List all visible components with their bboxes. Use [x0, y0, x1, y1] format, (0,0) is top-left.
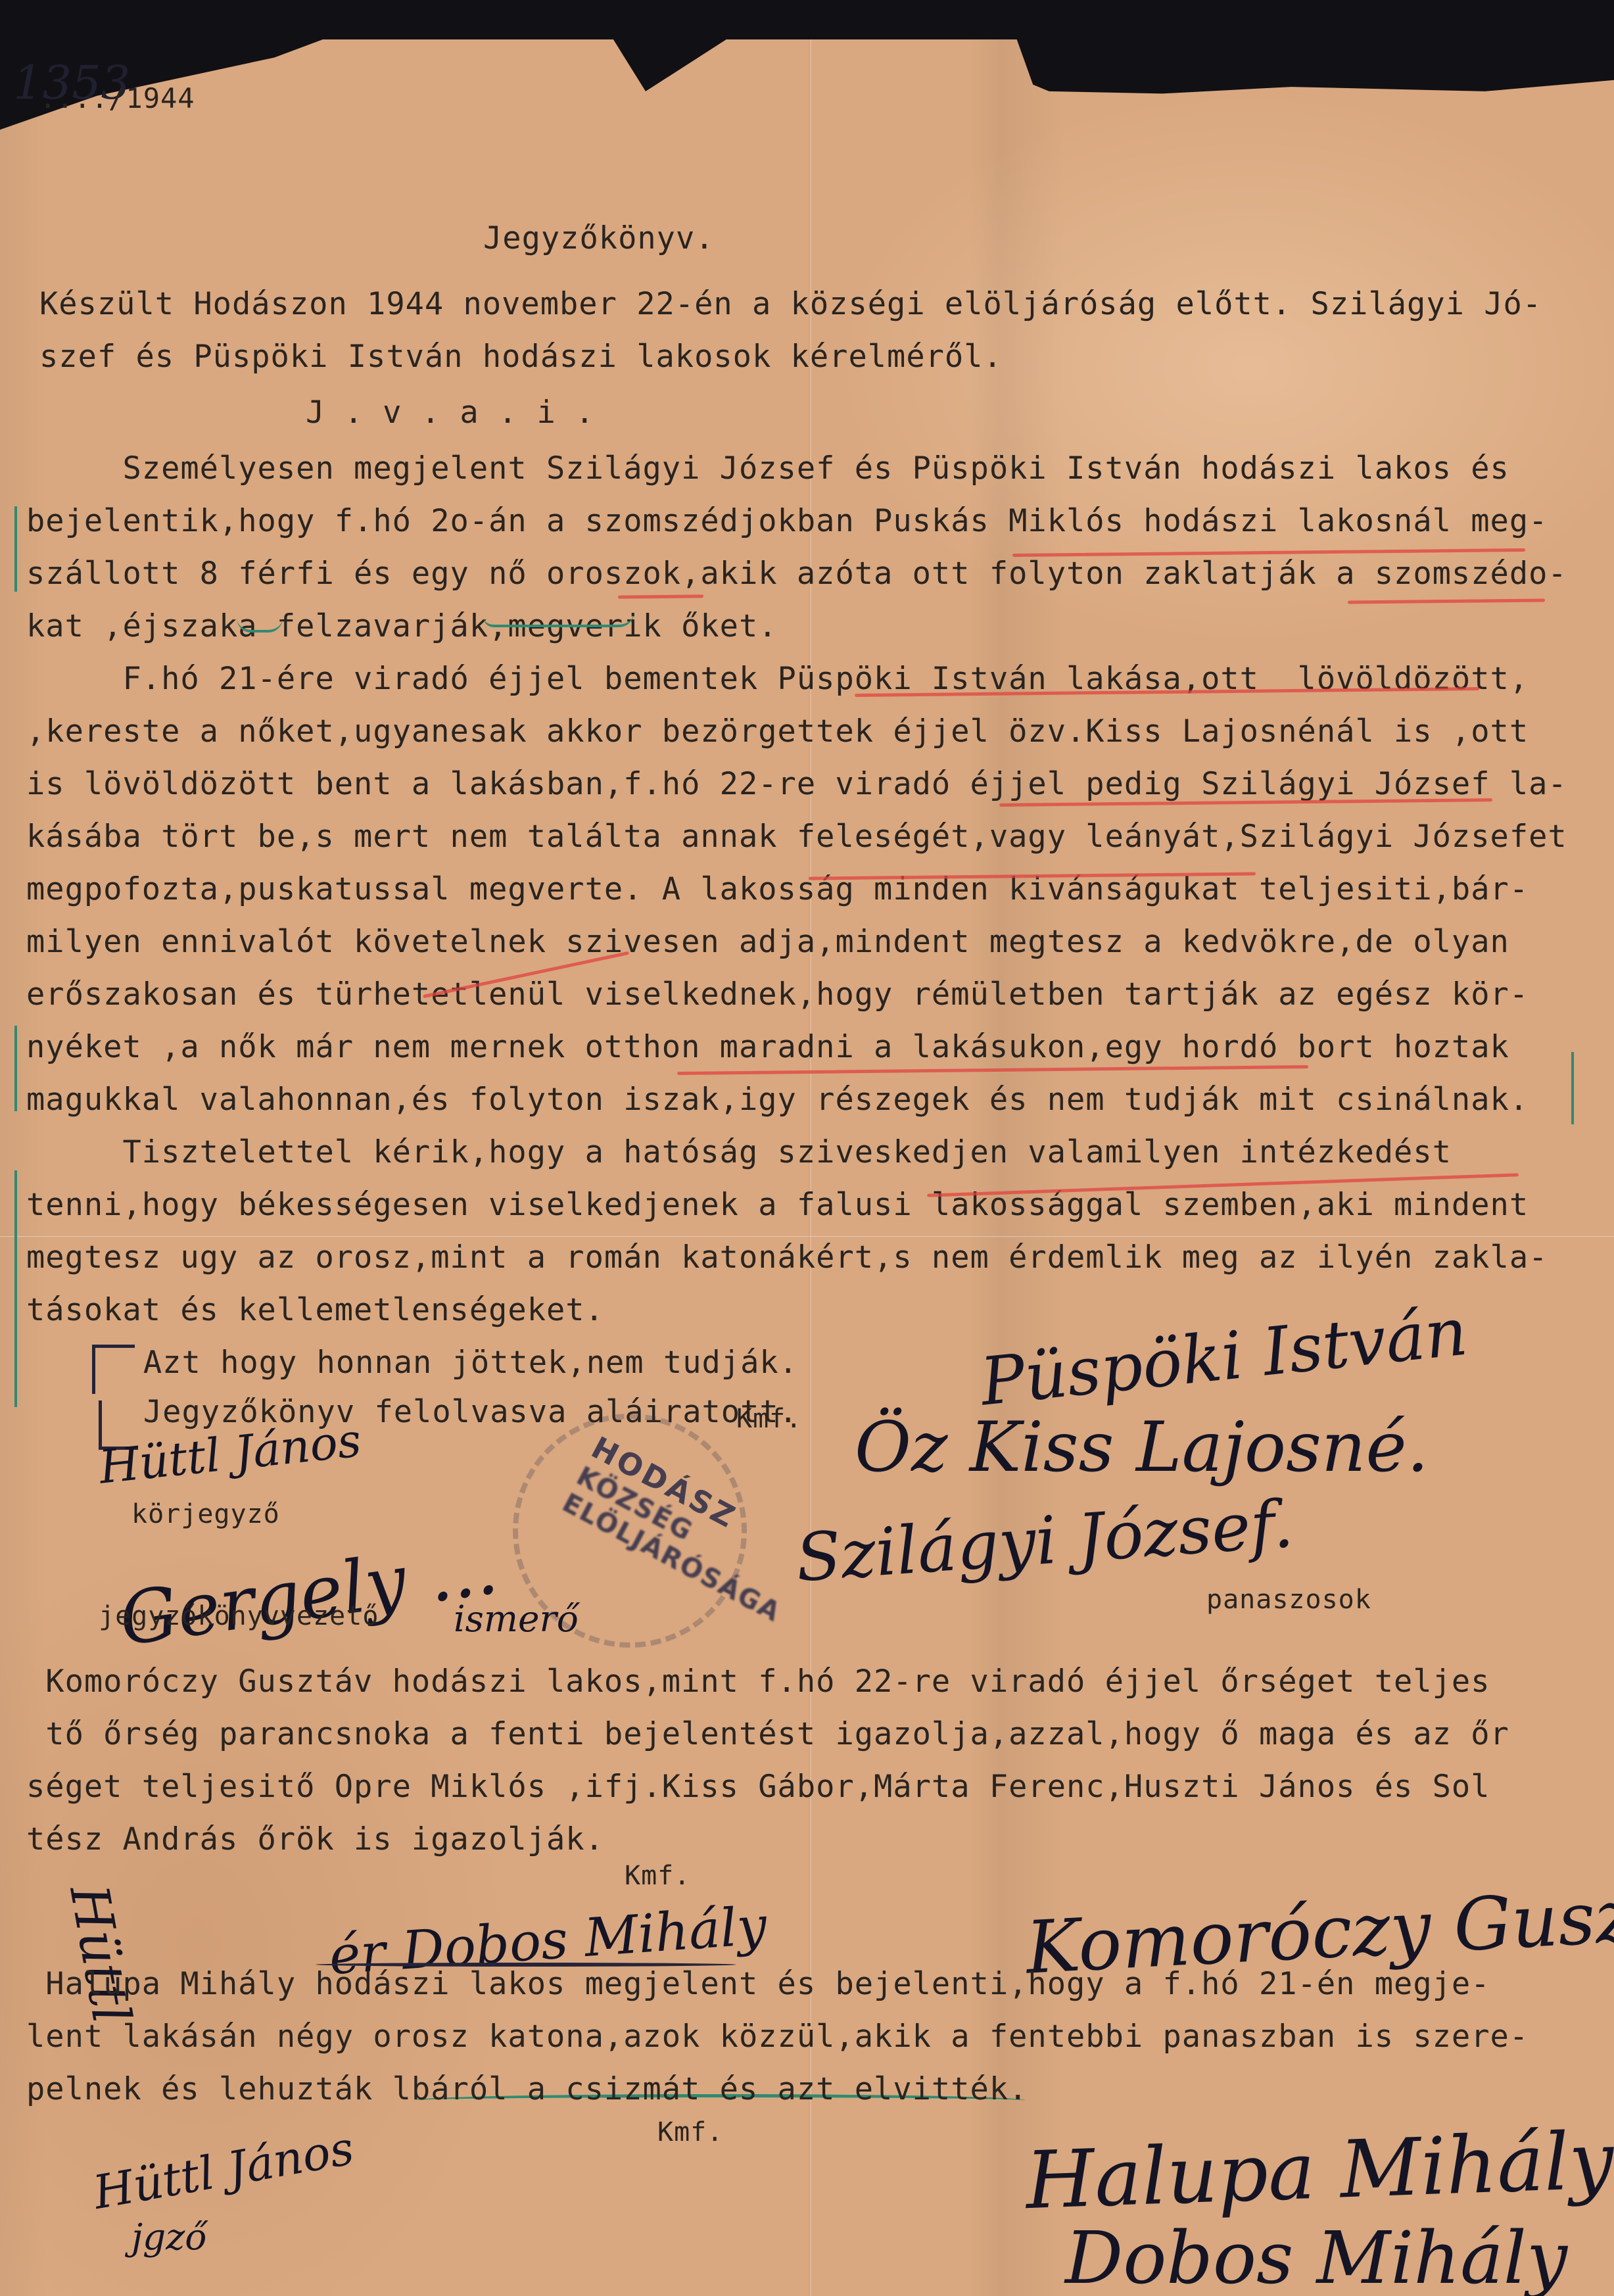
body-line: kat ,éjszaka felzavarják,megverik őket.	[26, 608, 778, 644]
green-margin-mark	[14, 1170, 17, 1407]
jvai-heading: J . v . a . i .	[306, 395, 594, 431]
bracket-mark	[92, 1345, 135, 1394]
body-line: ,kereste a nőket,ugyanesak akkor bezörge…	[26, 713, 1529, 750]
body-line: Tisztelettel kérik,hogy a hatóság szives…	[26, 1134, 1452, 1170]
reference-number-typed: ..../1944	[39, 82, 195, 114]
body-line: is lövöldözött bent a lakásban,f.hó 22-r…	[26, 766, 1567, 802]
section2-line: tő őrség parancsnoka a fenti bejelentést…	[26, 1716, 1509, 1752]
body-line: nyéket ,a nők már nem mernek otthon mara…	[26, 1029, 1509, 1065]
body-line: Azt hogy honnan jöttek,nem tudják.	[85, 1345, 798, 1381]
section2-line: séget teljesitő Opre Miklós ,ifj.Kiss Gá…	[26, 1769, 1490, 1805]
body-line: Személyesen megjelent Szilágyi József és…	[26, 450, 1509, 487]
signature-dobos-2: Dobos Mihály	[1065, 2216, 1567, 2296]
green-margin-mark	[14, 506, 17, 592]
korjegyzo-label: körjegyző	[131, 1499, 280, 1529]
green-margin-mark	[14, 1026, 17, 1111]
green-check-mark	[237, 618, 283, 633]
section3-line: lent lakásán négy orosz katona,azok közz…	[26, 2019, 1529, 2055]
section2-line: Komoróczy Gusztáv hodászi lakos,mint f.h…	[26, 1663, 1490, 1700]
body-line: bejelentik,hogy f.hó 2o-án a szomszédjok…	[26, 503, 1548, 539]
jegyzokonyvvezeto-label: jegyzőkönyvvezető	[99, 1601, 379, 1631]
body-line: magukkal valahonnan,és folyton iszak,igy…	[26, 1082, 1529, 1118]
panaszosok-label: panaszosok	[1206, 1585, 1371, 1615]
jegyzo-label: jgző	[131, 2216, 206, 2258]
body-line: erőszakosan és türhetetlenül viselkednek…	[26, 976, 1529, 1013]
body-line: megtesz ugy az orosz,mint a román katoná…	[26, 1239, 1548, 1276]
section3-line: pelnek és lehuzták lbáról a csizmát és a…	[26, 2071, 1028, 2107]
green-margin-mark	[1571, 1052, 1574, 1124]
body-line: tásokat és kellemetlenségeket.	[26, 1292, 604, 1328]
body-line: milyen ennivalót követelnek szivesen adj…	[26, 924, 1509, 960]
kmf-label: Kmf.	[625, 1861, 690, 1891]
body-line: Jegyzőkönyv felolvasva aláiratott.	[85, 1394, 798, 1430]
intro-line: szef és Püspöki István hodászi lakosok k…	[39, 339, 1003, 375]
signature-kiss-lajosne: Öz Kiss Lajosné.	[855, 1407, 1429, 1487]
body-line: szállott 8 férfi és egy nő oroszok,akik …	[26, 556, 1567, 592]
document-title: Jegyzőkönyv.	[483, 220, 715, 256]
body-line: megpofozta,puskatussal megverte. A lakos…	[26, 871, 1529, 907]
paper-fold-line	[0, 1236, 1614, 1238]
section2-line: tész András őrök is igazolják.	[26, 1821, 604, 1857]
body-line: tenni,hogy békességesen viselkedjenek a …	[26, 1187, 1529, 1223]
kmf-label: Kmf.	[736, 1404, 802, 1434]
intro-line: Készült Hodászon 1944 november 22-én a k…	[39, 286, 1542, 322]
green-check-mark	[483, 611, 634, 627]
section3-line: Halupa Mihály hodászi lakos megjelent és…	[26, 1966, 1490, 2002]
kmf-label: Kmf.	[657, 2117, 723, 2147]
body-line: kásába tört be,s mert nem találta annak …	[26, 819, 1567, 855]
